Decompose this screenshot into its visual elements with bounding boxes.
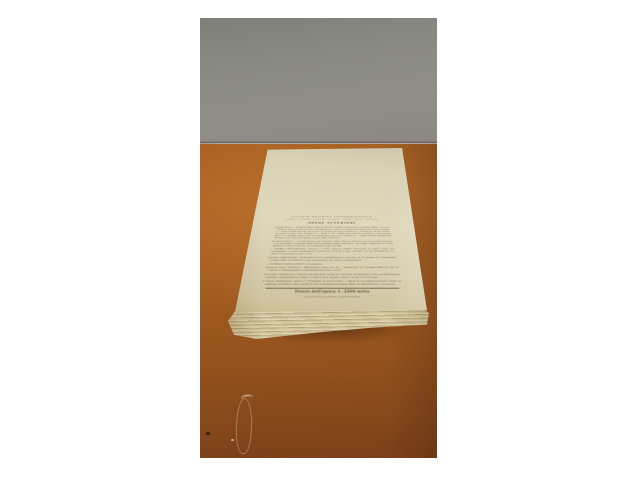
table-light-speck	[231, 439, 234, 441]
publisher-cities-line: TORINO - GENOVA - MILANO - PADOVA - PARM…	[276, 218, 387, 220]
catalog-paragraph: Collana Sacra — STORIA DELLA REDENZIONE …	[272, 226, 392, 239]
catalog-paragraph: NUOVO DIZIONARIO APOLOGETICO E DOMMATICO…	[267, 256, 397, 261]
catalog-paragraph: Il Vecchio Testamento. Traduzione annota…	[263, 273, 401, 279]
table-dark-speck	[206, 432, 210, 435]
price-note: (i volumi non si vendono separatamente)	[259, 295, 405, 298]
photograph: SOCIETÀ EDITRICE INTERNAZIONALE TORINO -…	[200, 18, 437, 458]
catalog-paragraph: Seconda Serie. Ascetica e Missionaria (S…	[265, 266, 400, 272]
catalog-heading: OPERE SUPERIORI	[275, 222, 388, 224]
catalog-fine-print: Collana Sacra — STORIA DELLA REDENZIONE …	[262, 226, 403, 286]
catalog-paragraph: Il Nuovo Testamento. Parte I: L'Evangelo…	[262, 280, 403, 286]
book-back-cover: SOCIETÀ EDITRICE INTERNAZIONALE TORINO -…	[235, 148, 427, 312]
back-cover-printed-text: SOCIETÀ EDITRICE INTERNAZIONALE TORINO -…	[257, 215, 407, 306]
price-divider-rule	[265, 288, 399, 289]
catalog-paragraph: — STORIA APOLOGETICA. Volume I, sesta ed…	[268, 248, 395, 255]
catalog-paragraph: Seconda edizione — La esposizione più co…	[270, 240, 393, 247]
catalog-paragraph: — POESIA DI GESÙ CRISTO (in edizione).	[266, 262, 398, 265]
gray-wall-background	[200, 18, 437, 143]
price-line: Prezzo dell'opera: L. 2500 netto	[260, 290, 405, 294]
